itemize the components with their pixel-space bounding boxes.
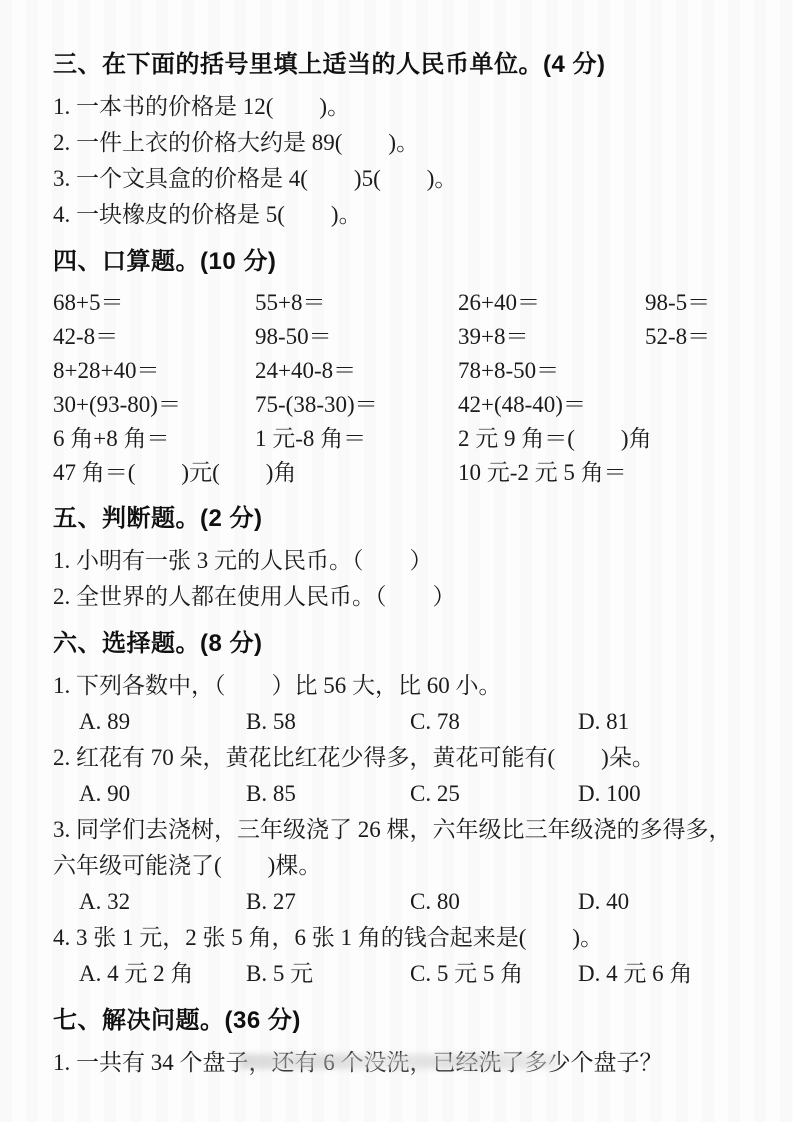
judge-question-1: 1. 小明有一张 3 元的人民币。（ ） [53,543,763,579]
section-problem-solving: 七、解决问题。(36 分) 1. 一共有 34 个盘子，还有 6 个没洗，已经洗… [53,1006,763,1081]
calc-item: 78+8-50＝ [458,354,645,388]
option-c: C. 25 [410,776,578,812]
section-problem-solving-title: 七、解决问题。(36 分) [53,1006,763,1036]
section-oral-calc-title: 四、口算题。(10 分) [53,247,763,277]
option-c: C. 5 元 5 角 [410,956,578,992]
worksheet-page: 三、在下面的括号里填上适当的人民币单位。(4 分) 1. 一本书的价格是 12(… [0,0,793,1122]
option-b: B. 58 [246,704,410,740]
calc-item [255,456,458,490]
option-a: A. 89 [79,704,246,740]
choice-question-1: 1. 下列各数中，（ ）比 56 大，比 60 小。 A. 89 B. 58 C… [53,668,763,740]
calc-item: 42+(48-40)＝ [458,388,645,422]
choice-question-2-options: A. 90 B. 85 C. 25 D. 100 [53,776,763,812]
choice-question-1-text: 1. 下列各数中，（ ）比 56 大，比 60 小。 [53,668,763,704]
calc-item: 26+40＝ [458,286,645,320]
choice-question-3: 3. 同学们去浇树，三年级浇了 26 棵，六年级比三年级浇的多得多， 六年级可能… [53,812,763,920]
section-true-false-title: 五、判断题。(2 分) [53,504,763,534]
calc-item: 30+(93-80)＝ [53,388,255,422]
option-d: D. 40 [578,884,763,920]
calc-item [645,456,763,490]
choice-question-2: 2. 红花有 70 朵，黄花比红花少得多，黄花可能有( )朵。 A. 90 B.… [53,740,763,812]
calc-item: 2 元 9 角＝( )角 [458,422,645,456]
calc-item [645,422,763,456]
rmb-question-3: 3. 一个文具盒的价格是 4( )5( )。 [53,161,763,197]
calc-item: 55+8＝ [255,286,458,320]
section-true-false: 五、判断题。(2 分) 1. 小明有一张 3 元的人民币。（ ） 2. 全世界的… [53,504,763,615]
choice-question-4-text: 4. 3 张 1 元，2 张 5 角，6 张 1 角的钱合起来是( )。 [53,920,763,956]
calc-item: 6 角+8 角＝ [53,422,255,456]
calc-item [645,388,763,422]
option-d: D. 100 [578,776,763,812]
calc-item: 42-8＝ [53,320,255,354]
calc-item: 68+5＝ [53,286,255,320]
calc-item: 39+8＝ [458,320,645,354]
calc-item: 98-50＝ [255,320,458,354]
section-rmb-units-title: 三、在下面的括号里填上适当的人民币单位。(4 分) [53,50,763,80]
option-c: C. 78 [410,704,578,740]
section-rmb-units: 三、在下面的括号里填上适当的人民币单位。(4 分) 1. 一本书的价格是 12(… [53,50,763,233]
option-a: A. 90 [79,776,246,812]
judge-question-2: 2. 全世界的人都在使用人民币。（ ） [53,579,763,615]
choice-question-3-options: A. 32 B. 27 C. 80 D. 40 [53,884,763,920]
option-b: B. 85 [246,776,410,812]
rmb-question-1: 1. 一本书的价格是 12( )。 [53,89,763,125]
section-multiple-choice-title: 六、选择题。(8 分) [53,629,763,659]
calc-item: 8+28+40＝ [53,354,255,388]
section-oral-calc: 四、口算题。(10 分) 68+5＝ 55+8＝ 26+40＝ 98-5＝ 42… [53,247,763,490]
calc-item [645,354,763,388]
option-d: D. 4 元 6 角 [578,956,763,992]
section-multiple-choice: 六、选择题。(8 分) 1. 下列各数中，（ ）比 56 大，比 60 小。 A… [53,629,763,992]
choice-question-1-options: A. 89 B. 58 C. 78 D. 81 [53,704,763,740]
option-d: D. 81 [578,704,763,740]
choice-question-4: 4. 3 张 1 元，2 张 5 角，6 张 1 角的钱合起来是( )。 A. … [53,920,763,992]
choice-question-2-text: 2. 红花有 70 朵，黄花比红花少得多，黄花可能有( )朵。 [53,740,763,776]
rmb-question-4: 4. 一块橡皮的价格是 5( )。 [53,197,763,233]
calc-item: 75-(38-30)＝ [255,388,458,422]
choice-question-4-options: A. 4 元 2 角 B. 5 元 C. 5 元 5 角 D. 4 元 6 角 [53,956,763,992]
calc-item: 10 元-2 元 5 角＝ [458,456,645,490]
calc-item: 24+40-8＝ [255,354,458,388]
option-c: C. 80 [410,884,578,920]
blurred-watermark [240,1054,558,1069]
option-a: A. 4 元 2 角 [79,956,246,992]
option-a: A. 32 [79,884,246,920]
calc-item: 98-5＝ [645,286,763,320]
oral-calc-grid: 68+5＝ 55+8＝ 26+40＝ 98-5＝ 42-8＝ 98-50＝ 39… [53,286,763,490]
calc-item: 52-8＝ [645,320,763,354]
calc-item: 47 角＝( )元( )角 [53,456,255,490]
option-b: B. 27 [246,884,410,920]
rmb-question-2: 2. 一件上衣的价格大约是 89( )。 [53,125,763,161]
option-b: B. 5 元 [246,956,410,992]
choice-question-3-text: 3. 同学们去浇树，三年级浇了 26 棵，六年级比三年级浇的多得多， 六年级可能… [53,812,763,884]
calc-item: 1 元-8 角＝ [255,422,458,456]
